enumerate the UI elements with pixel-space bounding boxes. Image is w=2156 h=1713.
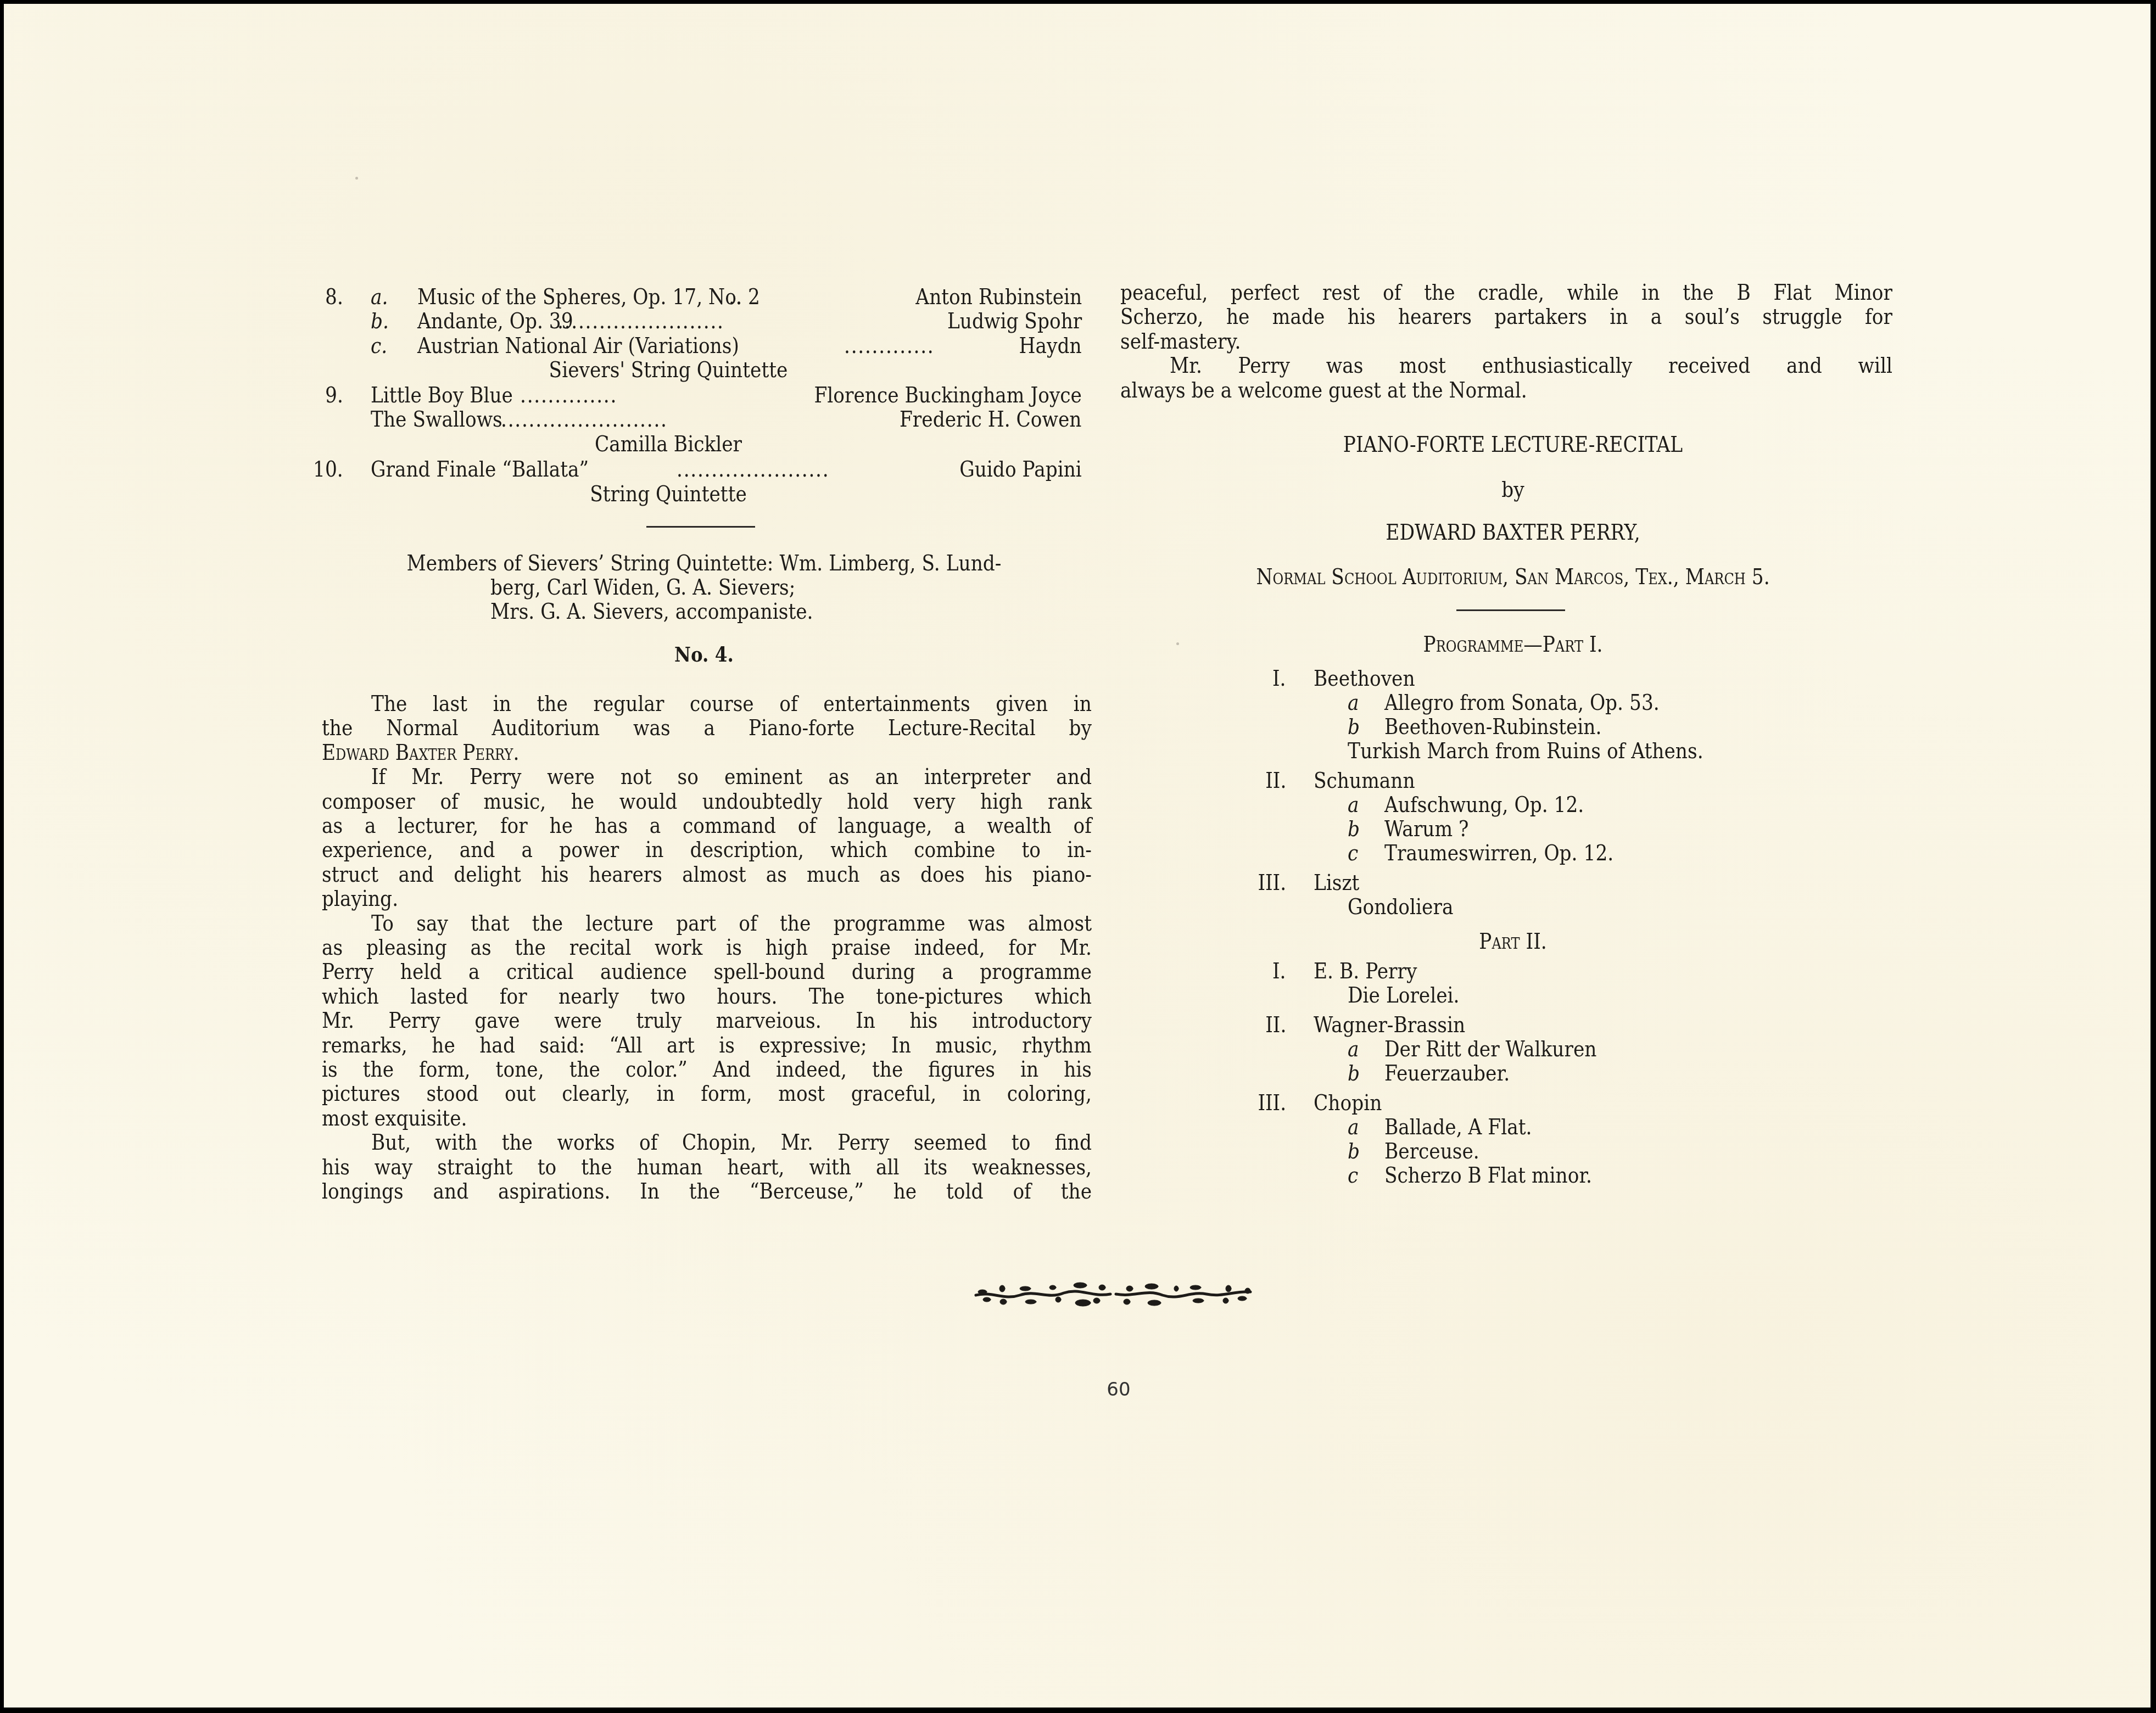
article-line: self-mastery.: [1120, 329, 1241, 354]
roman-numeral: I.: [1272, 959, 1286, 983]
section-heading: No. 4.: [574, 642, 834, 667]
leader-dots: ..............: [520, 383, 617, 407]
item-composer: Haydn: [1019, 334, 1082, 358]
piece-letter: b: [1348, 817, 1360, 841]
article-line: which lasted for nearly two hours. The t…: [322, 984, 1092, 1009]
leader-dots: ........................: [557, 309, 724, 333]
article-line: pictures stood out clearly, in form, mos…: [322, 1082, 1092, 1106]
article-line: experience, and a power in description, …: [322, 838, 1092, 862]
item-composer: Ludwig Spohr: [947, 309, 1082, 333]
piece-letter: a: [1348, 793, 1359, 817]
article-line: But, with the works of Chopin, Mr. Perry…: [371, 1130, 1092, 1155]
leader-dots: ..: [729, 285, 742, 309]
item-composer: Anton Rubinstein: [915, 285, 1082, 309]
piece-letter: a: [1348, 1115, 1359, 1139]
item-composer: Florence Buckingham Joyce: [814, 383, 1082, 407]
roman-numeral: III.: [1258, 1091, 1286, 1115]
article-line: remarks, he had said: “All art is expres…: [322, 1033, 1092, 1057]
members-line: Mrs. G. A. Sievers, accompaniste.: [490, 600, 813, 624]
piece-title: Feuerzauber.: [1384, 1061, 1510, 1085]
piece-title: Ballade, A Flat.: [1384, 1115, 1532, 1139]
composer-name: E. B. Perry: [1314, 959, 1417, 983]
item-title: Little Boy Blue: [371, 383, 513, 407]
leader-dots: ........................: [501, 407, 668, 432]
item-letter: c.: [371, 334, 387, 358]
article-line: Mr. Perry gave were truly marveious. In …: [322, 1009, 1092, 1033]
vine-ornament-icon: [970, 1279, 1256, 1312]
piece-letter: c: [1348, 1163, 1358, 1188]
piece-title: Gondoliera: [1348, 895, 1453, 919]
page-number: 60: [1036, 1378, 1201, 1402]
piece-title: Warum ?: [1384, 817, 1468, 841]
article-line: Mr. Perry was most enthusiastically rece…: [1170, 354, 1892, 378]
paper-speck: [1176, 642, 1179, 645]
roman-numeral: II.: [1265, 769, 1286, 793]
item-letter: b.: [371, 309, 389, 333]
item-title: Grand Finale “Ballata”: [371, 457, 589, 482]
item-number: 9.: [325, 383, 343, 407]
composer-name: Liszt: [1314, 871, 1359, 895]
article-line: most exquisite.: [322, 1106, 467, 1130]
book-page: 8. a. Music of the Spheres, Op. 17, No. …: [4, 4, 2151, 1708]
piece-title: Turkish March from Ruins of Athens.: [1348, 739, 1703, 763]
item-title: The Swallows: [371, 407, 502, 432]
item-title: Austrian National Air (Variations): [417, 334, 739, 358]
article-line: struct and delight his hearers almost as…: [322, 863, 1092, 887]
piece-title: Allegro from Sonata, Op. 53.: [1384, 691, 1660, 715]
article-line: composer of music, he would undoubtedly …: [322, 790, 1092, 814]
piece-title: Der Ritt der Walkuren: [1384, 1037, 1596, 1061]
paper-speck: [355, 177, 358, 180]
leader-dots: .............: [844, 334, 935, 358]
item-number: 10.: [313, 457, 343, 482]
members-line: Members of Sievers’ String Quintette: Wm…: [371, 551, 1037, 575]
piece-title: Beethoven-Rubinstein.: [1384, 715, 1601, 739]
article-line: the Normal Auditorium was a Piano-forte …: [322, 716, 1092, 740]
performer-line: Camilla Bickler: [456, 432, 881, 456]
divider-rule: [646, 526, 755, 528]
article-line: Scherzo, he made his hearers partakers i…: [1120, 305, 1892, 329]
article-line: always be a welcome guest at the Normal.: [1120, 378, 1527, 402]
roman-numeral: III.: [1258, 871, 1286, 895]
item-title: Andante, Op. 39: [417, 309, 573, 333]
article-line: as a lecturer, for he has a command of l…: [322, 814, 1092, 838]
members-line: berg, Carl Widen, G. A. Sievers;: [490, 575, 795, 600]
divider-rule: [1456, 609, 1565, 611]
piece-letter: a: [1348, 691, 1359, 715]
composer-name: Chopin: [1314, 1091, 1382, 1115]
leader-dots: ......................: [677, 457, 829, 482]
venue-line: Normal School Auditorium, San Marcos, Te…: [1175, 565, 1851, 589]
composer-name: Wagner-Brassin: [1314, 1013, 1465, 1037]
article-line: his way straight to the human heart, wit…: [322, 1155, 1092, 1179]
article-line: If Mr. Perry were not so eminent as an i…: [371, 765, 1092, 789]
part2-heading: Part II.: [1175, 930, 1851, 954]
roman-numeral: I.: [1272, 667, 1286, 691]
roman-numeral: II.: [1265, 1013, 1286, 1037]
article-line: The last in the regular course of entert…: [371, 692, 1092, 716]
item-composer: Guido Papini: [959, 457, 1082, 482]
part1-heading: Programme—Part I.: [1175, 632, 1851, 657]
performer-line: Sievers' String Quintette: [456, 358, 881, 382]
by-line: by: [1175, 478, 1851, 502]
item-composer: Frederic H. Cowen: [900, 407, 1082, 432]
article-line: longings and aspirations. In the “Berceu…: [322, 1179, 1092, 1203]
item-number: 8.: [325, 285, 343, 309]
piece-letter: b: [1348, 715, 1360, 739]
article-line: To say that the lecture part of the prog…: [371, 911, 1092, 936]
article-line: Perry held a critical audience spell-bou…: [322, 960, 1092, 984]
piece-letter: b: [1348, 1139, 1360, 1163]
performer-name: EDWARD BAXTER PERRY,: [1175, 520, 1851, 545]
article-line: playing.: [322, 887, 398, 911]
piece-letter: a: [1348, 1037, 1359, 1061]
article-line: peaceful, perfect rest of the cradle, wh…: [1120, 281, 1892, 305]
piece-letter: c: [1348, 841, 1358, 865]
piece-title: Berceuse.: [1384, 1139, 1479, 1163]
piece-title: Die Lorelei.: [1348, 983, 1460, 1007]
composer-name: Schumann: [1314, 769, 1415, 793]
piece-title: Traumeswirren, Op. 12.: [1384, 841, 1613, 865]
item-letter: a.: [371, 285, 388, 309]
article-line: is the form, tone, the color.” And indee…: [322, 1057, 1092, 1082]
item-title: Music of the Spheres, Op. 17, No. 2: [417, 285, 760, 309]
piece-title: Aufschwung, Op. 12.: [1384, 793, 1584, 817]
performer-line: String Quintette: [456, 482, 881, 506]
recital-title: PIANO-FORTE LECTURE-RECITAL: [1175, 433, 1851, 457]
piece-title: Scherzo B Flat minor.: [1384, 1163, 1592, 1188]
article-line: as pleasing as the recital work is high …: [322, 936, 1092, 960]
article-line: Edward Baxter Perry.: [322, 741, 519, 765]
piece-letter: b: [1348, 1061, 1360, 1085]
composer-name: Beethoven: [1314, 667, 1415, 691]
